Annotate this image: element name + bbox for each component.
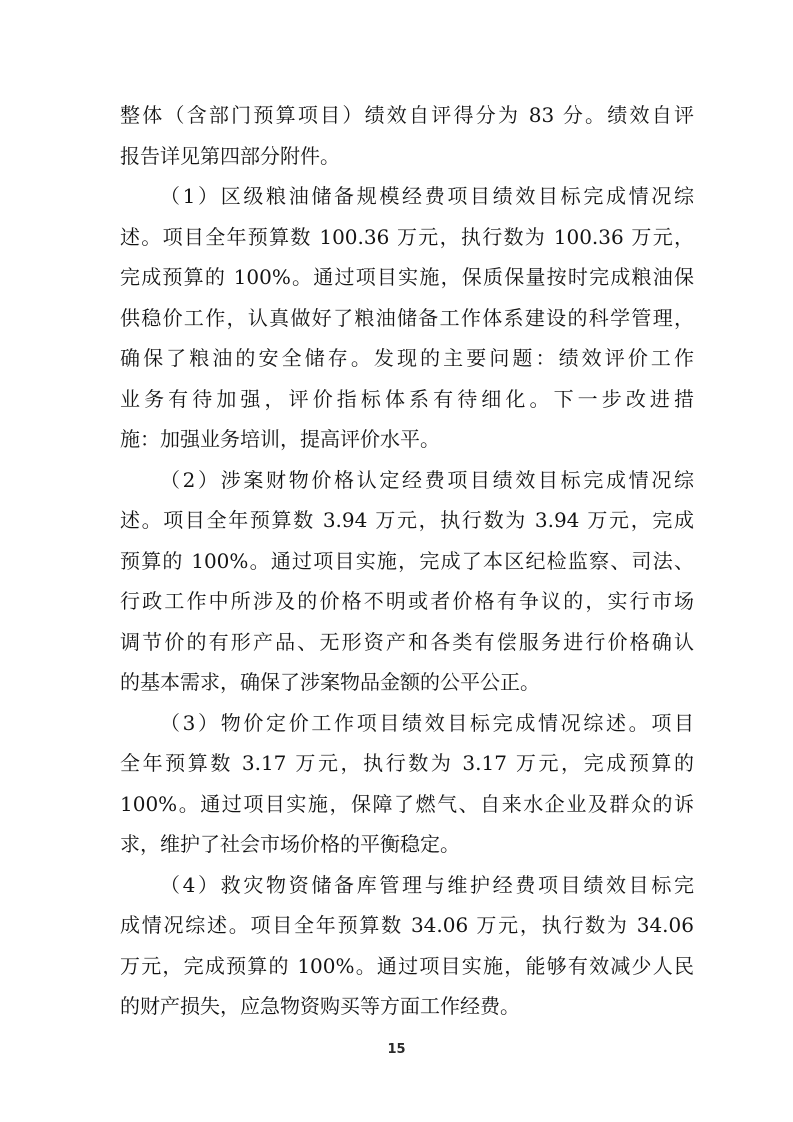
text-line: 供稳价工作，认真做好了粮油储备工作体系建设的科学管理， <box>120 298 694 339</box>
paragraph-item-3-price-setting: （3）物价定价工作项目绩效目标完成情况综述。项目 全年预算数 3.17 万元，执… <box>120 703 694 865</box>
text-line: 的基本需求，确保了涉案物品金额的公平公正。 <box>120 662 694 703</box>
document-body: 整体（含部门预算项目）绩效自评得分为 83 分。绩效自评 报告详见第四部分附件。… <box>120 95 694 1027</box>
text-line: （2）涉案财物价格认定经费项目绩效目标完成情况综 <box>120 460 694 501</box>
text-line: （4）救灾物资储备库管理与维护经费项目绩效目标完 <box>120 865 694 906</box>
text-line: 报告详见第四部分附件。 <box>120 136 694 177</box>
text-line: 全年预算数 3.17 万元，执行数为 3.17 万元，完成预算的 <box>120 743 694 784</box>
text-line: 预算的 100%。通过项目实施，完成了本区纪检监察、司法、 <box>120 541 694 582</box>
text-line: 行政工作中所涉及的价格不明或者价格有争议的，实行市场 <box>120 581 694 622</box>
text-line: 确保了粮油的安全储存。发现的主要问题：绩效评价工作 <box>120 338 694 379</box>
text-line: 业务有待加强，评价指标体系有待细化。下一步改进措 <box>120 379 694 420</box>
page-number: 15 <box>0 1042 793 1057</box>
document-page: 整体（含部门预算项目）绩效自评得分为 83 分。绩效自评 报告详见第四部分附件。… <box>0 0 793 1122</box>
text-line: 述。项目全年预算数 3.94 万元，执行数为 3.94 万元，完成 <box>120 500 694 541</box>
text-line: 施：加强业务培训，提高评价水平。 <box>120 419 694 460</box>
text-line: 100%。通过项目实施，保障了燃气、自来水企业及群众的诉 <box>120 784 694 825</box>
text-line: 调节价的有形产品、无形资产和各类有偿服务进行价格确认 <box>120 622 694 663</box>
paragraph-overall-score: 整体（含部门预算项目）绩效自评得分为 83 分。绩效自评 报告详见第四部分附件。 <box>120 95 694 176</box>
paragraph-item-2-case-property-price: （2）涉案财物价格认定经费项目绩效目标完成情况综 述。项目全年预算数 3.94 … <box>120 460 694 703</box>
text-line: （1）区级粮油储备规模经费项目绩效目标完成情况综 <box>120 176 694 217</box>
text-line: 的财产损失，应急物资购买等方面工作经费。 <box>120 986 694 1027</box>
text-line: 求，维护了社会市场价格的平衡稳定。 <box>120 824 694 865</box>
paragraph-item-4-disaster-relief-warehouse: （4）救灾物资储备库管理与维护经费项目绩效目标完 成情况综述。项目全年预算数 3… <box>120 865 694 1027</box>
paragraph-item-1-grain-oil-reserve: （1）区级粮油储备规模经费项目绩效目标完成情况综 述。项目全年预算数 100.3… <box>120 176 694 460</box>
text-line: 述。项目全年预算数 100.36 万元，执行数为 100.36 万元， <box>120 217 694 258</box>
text-line: 成情况综述。项目全年预算数 34.06 万元，执行数为 34.06 <box>120 905 694 946</box>
text-line: 万元，完成预算的 100%。通过项目实施，能够有效减少人民 <box>120 946 694 987</box>
text-line: 完成预算的 100%。通过项目实施，保质保量按时完成粮油保 <box>120 257 694 298</box>
text-line: 整体（含部门预算项目）绩效自评得分为 83 分。绩效自评 <box>120 95 694 136</box>
text-line: （3）物价定价工作项目绩效目标完成情况综述。项目 <box>120 703 694 744</box>
